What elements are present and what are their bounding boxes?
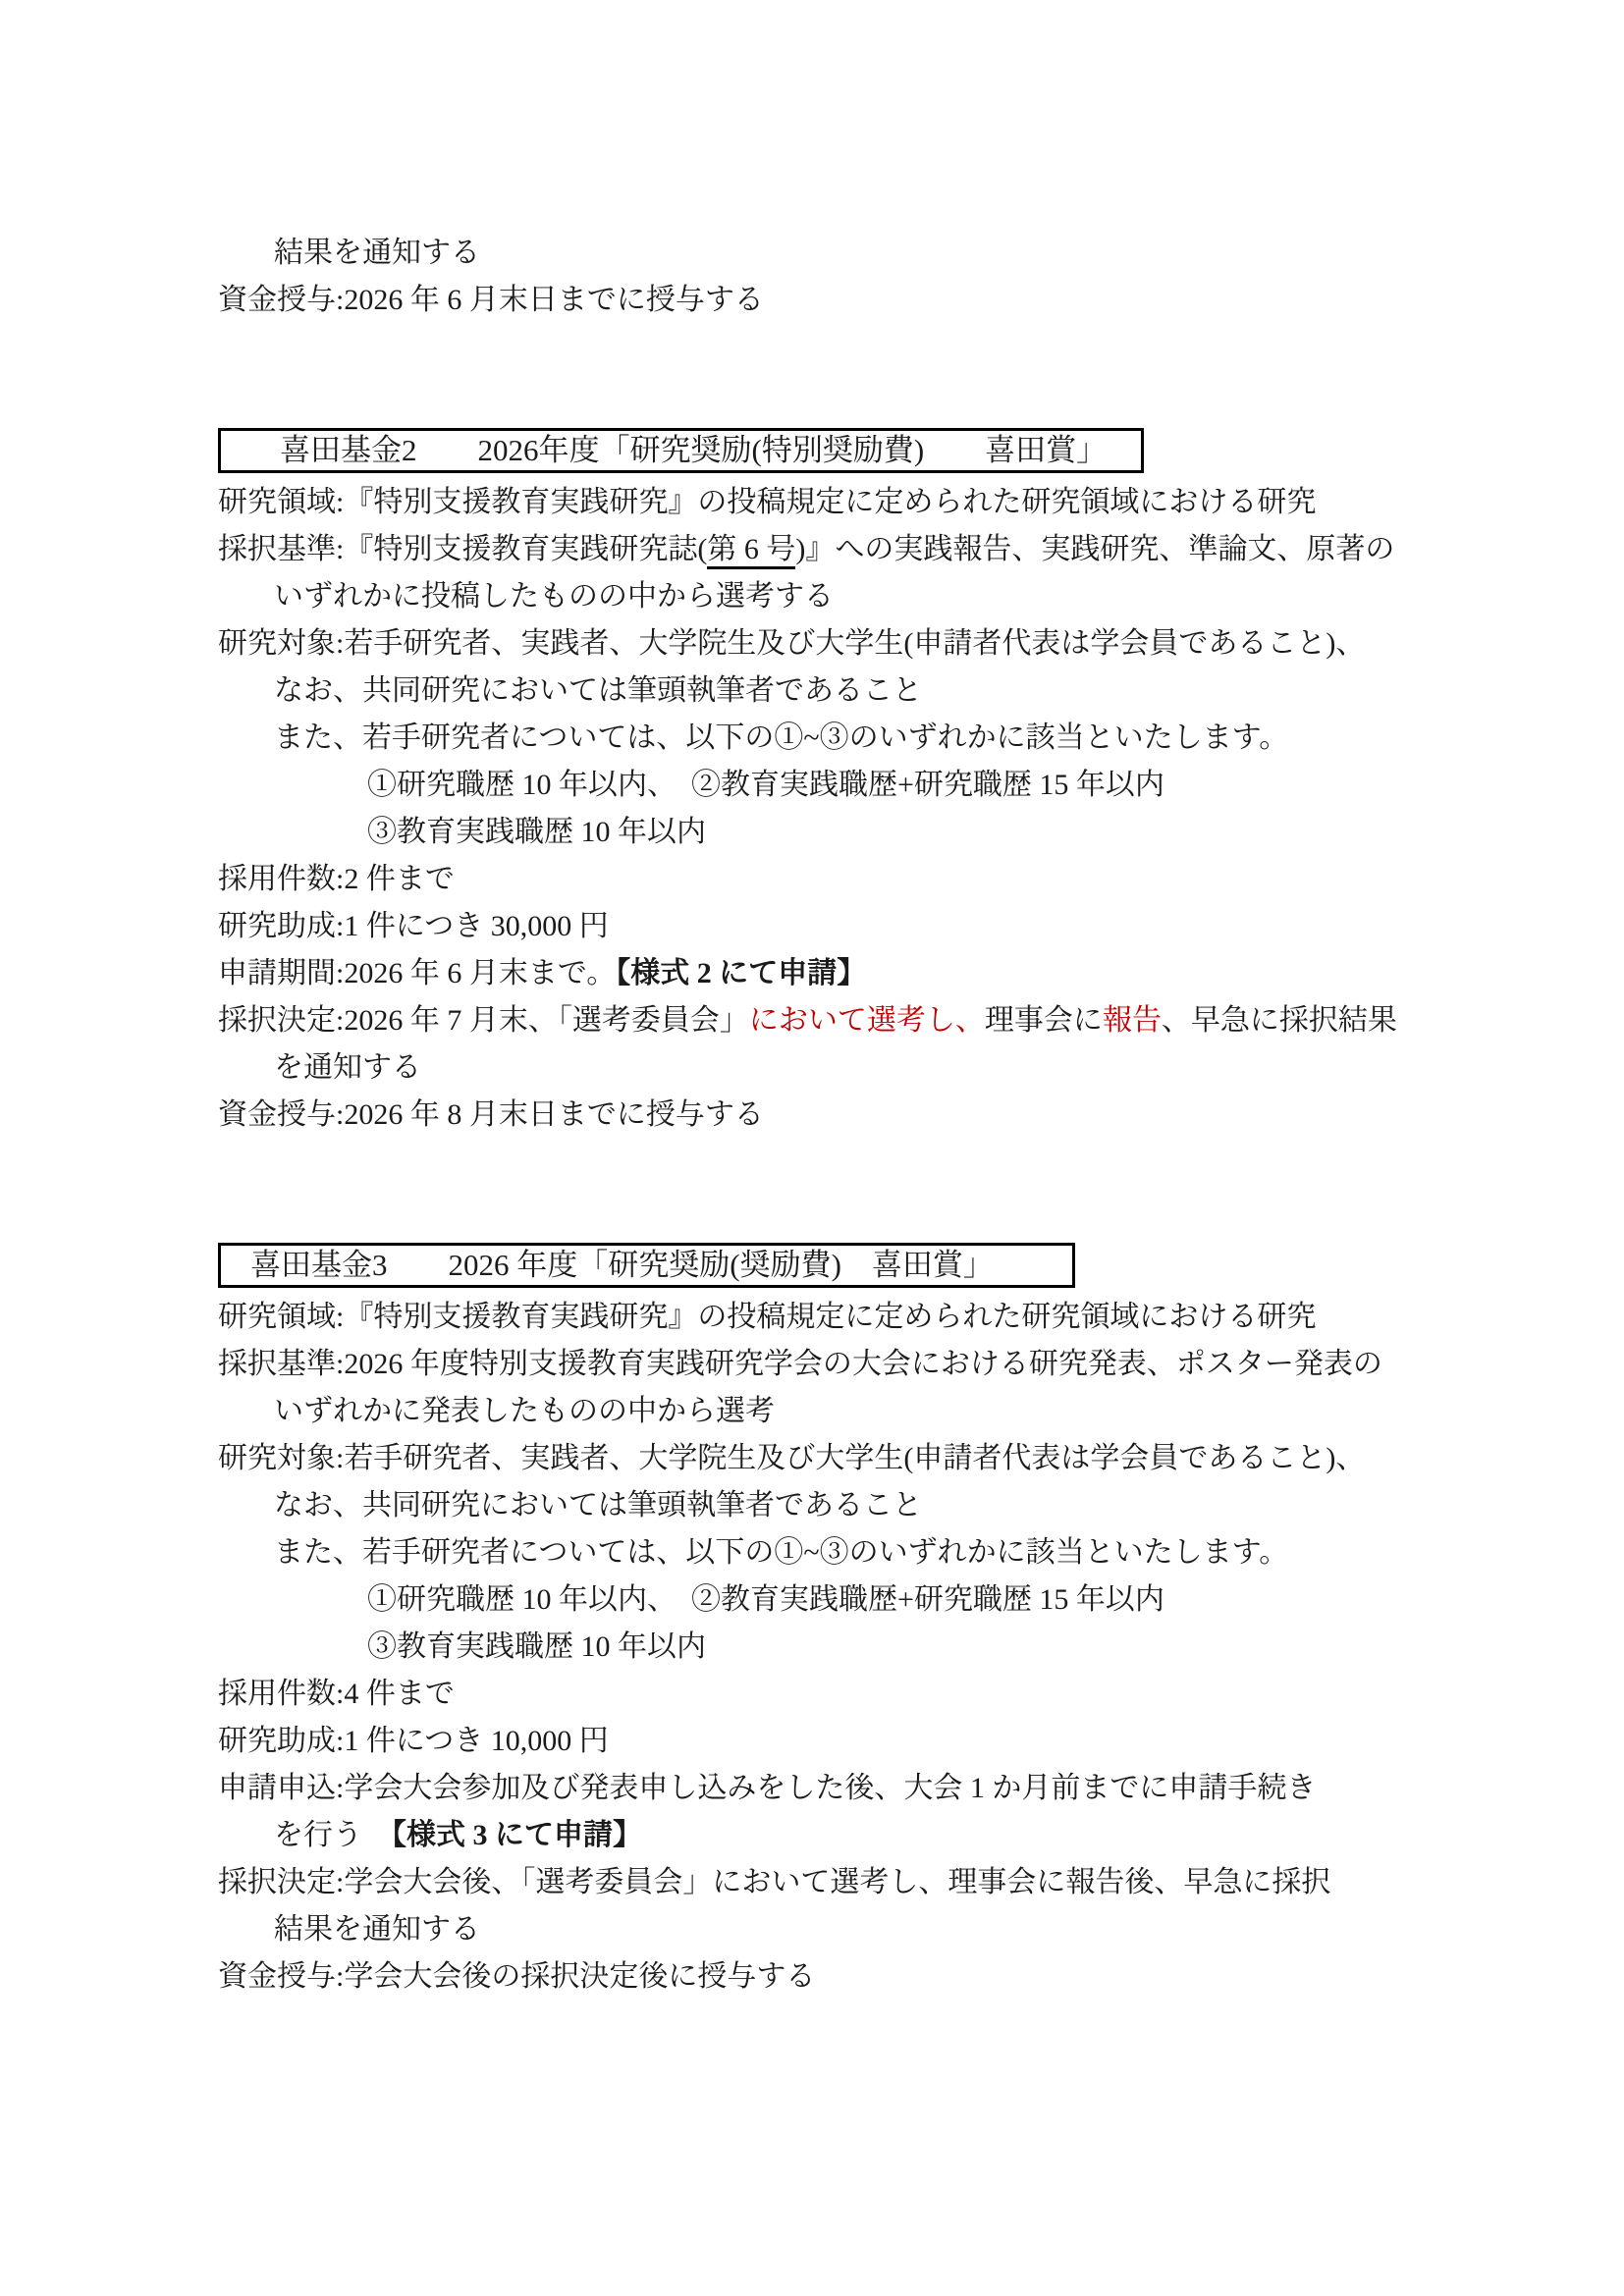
text-line: また、若手研究者については、以下の①~③のいずれかに該当といたします。: [218, 1529, 1506, 1576]
text-line: いずれかに発表したものの中から選考: [218, 1388, 1506, 1435]
text-run: 研究助成:1 件につき 10,000 円: [218, 1725, 609, 1757]
bold-text-run: 【様式 3 にて申請】: [392, 1819, 642, 1851]
text-line: ①研究職歴 10 年以内、 ②教育実践職歴+研究職歴 15 年以内: [218, 762, 1506, 809]
text-run: ①研究職歴 10 年以内、 ②教育実践職歴+研究職歴 15 年以内: [367, 769, 1164, 801]
text-run: 申請期間:2026 年 6 月末まで。: [218, 957, 616, 989]
red-text-run: において選考し、: [749, 1004, 985, 1037]
text-run: 採択基準:2026 年度特別支援教育実践研究学会の大会における研究発表、ポスター…: [218, 1348, 1382, 1380]
text-line: 結果を通知する: [218, 1906, 1506, 1953]
text-line: また、若手研究者については、以下の①~③のいずれかに該当といたします。: [218, 715, 1506, 762]
text-line: 採用件数:4 件まで: [218, 1671, 1506, 1718]
text-run: ③教育実践職歴 10 年以内: [367, 816, 706, 848]
section-title: 喜田基金2 2026年度「研究奨励(特別奨励費) 喜田賞」: [280, 433, 1107, 467]
underline-text-run: 第 6 号: [707, 533, 795, 569]
text-run: いずれかに投稿したものの中から選考する: [274, 580, 834, 613]
text-line: なお、共同研究においては筆頭執筆者であること: [218, 1482, 1506, 1529]
text-run: 研究対象:若手研究者、実践者、大学院生及び大学生(申請者代表は学会員であること)…: [218, 627, 1365, 660]
section-gap: [218, 324, 1506, 428]
text-run: )』への実践報告、実践研究、準論文、原著の: [795, 533, 1394, 565]
section-gap: [218, 1139, 1506, 1243]
text-line: いずれかに投稿したものの中から選考する: [218, 573, 1506, 620]
section-kida-fund-3: 喜田基金3 2026 年度「研究奨励(奨励費) 喜田賞」 研究領域:『特別支援教…: [218, 1243, 1506, 2001]
text-run: 採用件数:4 件まで: [218, 1678, 455, 1710]
text-run: 、早急に採択結果: [1162, 1004, 1397, 1037]
text-line: 採択決定:2026 年 7 月末、「選考委員会」において選考し、理事会に報告、早…: [218, 997, 1506, 1044]
text-run: ③教育実践職歴 10 年以内: [367, 1630, 706, 1663]
text-run: いずれかに発表したものの中から選考: [274, 1395, 775, 1427]
red-text-run: 報告: [1103, 1004, 1162, 1037]
section-kida-fund-2: 喜田基金2 2026年度「研究奨励(特別奨励費) 喜田賞」 研究領域:『特別支援…: [218, 428, 1506, 1139]
text-run: ①研究職歴 10 年以内、 ②教育実践職歴+研究職歴 15 年以内: [367, 1583, 1164, 1616]
text-line: 研究助成:1 件につき 10,000 円: [218, 1718, 1506, 1765]
text-line: 採用件数:2 件まで: [218, 856, 1506, 903]
text-run: また、若手研究者については、以下の①~③のいずれかに該当といたします。: [274, 1536, 1288, 1569]
text-line: 申請期間:2026 年 6 月末まで。【様式 2 にて申請】: [218, 950, 1506, 997]
text-run: 理事会に: [985, 1004, 1103, 1037]
document-page: 結果を通知する資金授与:2026 年 6 月末日までに授与する 喜田基金2 20…: [0, 0, 1624, 2296]
text-line: 研究領域:『特別支援教育実践研究』の投稿規定に定められた研究領域における研究: [218, 1294, 1506, 1341]
text-line: 研究領域:『特別支援教育実践研究』の投稿規定に定められた研究領域における研究: [218, 479, 1506, 526]
text-run: 資金授与:2026 年 8 月末日までに授与する: [218, 1098, 764, 1131]
text-line: を行う 【様式 3 にて申請】: [218, 1812, 1506, 1859]
text-run: 結果を通知する: [274, 237, 480, 269]
text-line: なお、共同研究においては筆頭執筆者であること: [218, 667, 1506, 715]
text-run: 申請申込:学会大会参加及び発表申し込みをした後、大会 1 か月前までに申請手続き: [218, 1772, 1316, 1804]
text-line: 資金授与:学会大会後の採択決定後に授与する: [218, 1953, 1506, 2001]
text-line: 申請申込:学会大会参加及び発表申し込みをした後、大会 1 か月前までに申請手続き: [218, 1765, 1506, 1812]
text-run: 採択決定:2026 年 7 月末、「選考委員会」: [218, 1004, 749, 1037]
text-line: 採択決定:学会大会後、「選考委員会」において選考し、理事会に報告後、早急に採択: [218, 1859, 1506, 1906]
text-line: 研究助成:1 件につき 30,000 円: [218, 903, 1506, 950]
text-run: 研究対象:若手研究者、実践者、大学院生及び大学生(申請者代表は学会員であること)…: [218, 1442, 1365, 1474]
text-line: ③教育実践職歴 10 年以内: [218, 809, 1506, 856]
text-run: を行う: [274, 1819, 392, 1851]
text-line: 採択基準:2026 年度特別支援教育実践研究学会の大会における研究発表、ポスター…: [218, 1341, 1506, 1388]
text-line: 研究対象:若手研究者、実践者、大学院生及び大学生(申請者代表は学会員であること)…: [218, 1435, 1506, 1482]
text-line: ①研究職歴 10 年以内、 ②教育実践職歴+研究職歴 15 年以内: [218, 1576, 1506, 1624]
text-run: また、若手研究者については、以下の①~③のいずれかに該当といたします。: [274, 721, 1288, 754]
text-run: 結果を通知する: [274, 1913, 480, 1946]
text-line: を通知する: [218, 1044, 1506, 1092]
text-run: なお、共同研究においては筆頭執筆者であること: [274, 1489, 922, 1522]
text-run: を通知する: [274, 1051, 421, 1084]
section-body: 研究領域:『特別支援教育実践研究』の投稿規定に定められた研究領域における研究採択…: [218, 479, 1506, 1139]
text-run: なお、共同研究においては筆頭執筆者であること: [274, 674, 922, 707]
intro-block: 結果を通知する資金授与:2026 年 6 月末日までに授与する: [218, 230, 1506, 324]
text-line: 結果を通知する: [218, 230, 1506, 277]
text-line: ③教育実践職歴 10 年以内: [218, 1624, 1506, 1671]
text-line: 採択基準:『特別支援教育実践研究誌(第 6 号)』への実践報告、実践研究、準論文…: [218, 526, 1506, 573]
text-run: 採択決定:学会大会後、「選考委員会」において選考し、理事会に報告後、早急に採択: [218, 1866, 1330, 1898]
text-line: 資金授与:2026 年 6 月末日までに授与する: [218, 277, 1506, 324]
section-title: 喜田基金3 2026 年度「研究奨励(奨励費) 喜田賞」: [250, 1248, 994, 1282]
section-title-box: 喜田基金3 2026 年度「研究奨励(奨励費) 喜田賞」: [218, 1243, 1075, 1288]
section-title-box: 喜田基金2 2026年度「研究奨励(特別奨励費) 喜田賞」: [218, 428, 1144, 473]
text-run: 採用件数:2 件まで: [218, 863, 455, 895]
text-run: 研究領域:『特別支援教育実践研究』の投稿規定に定められた研究領域における研究: [218, 1301, 1316, 1333]
bold-text-run: 【様式 2 にて申請】: [616, 957, 866, 989]
text-run: 研究領域:『特別支援教育実践研究』の投稿規定に定められた研究領域における研究: [218, 486, 1316, 518]
text-run: 資金授与:学会大会後の採択決定後に授与する: [218, 1960, 815, 1993]
text-run: 資金授与:2026 年 6 月末日までに授与する: [218, 284, 764, 316]
section-body: 研究領域:『特別支援教育実践研究』の投稿規定に定められた研究領域における研究採択…: [218, 1294, 1506, 2001]
text-line: 研究対象:若手研究者、実践者、大学院生及び大学生(申請者代表は学会員であること)…: [218, 620, 1506, 667]
text-run: 研究助成:1 件につき 30,000 円: [218, 910, 609, 942]
text-line: 資金授与:2026 年 8 月末日までに授与する: [218, 1092, 1506, 1139]
text-run: 採択基準:『特別支援教育実践研究誌(: [218, 533, 707, 565]
